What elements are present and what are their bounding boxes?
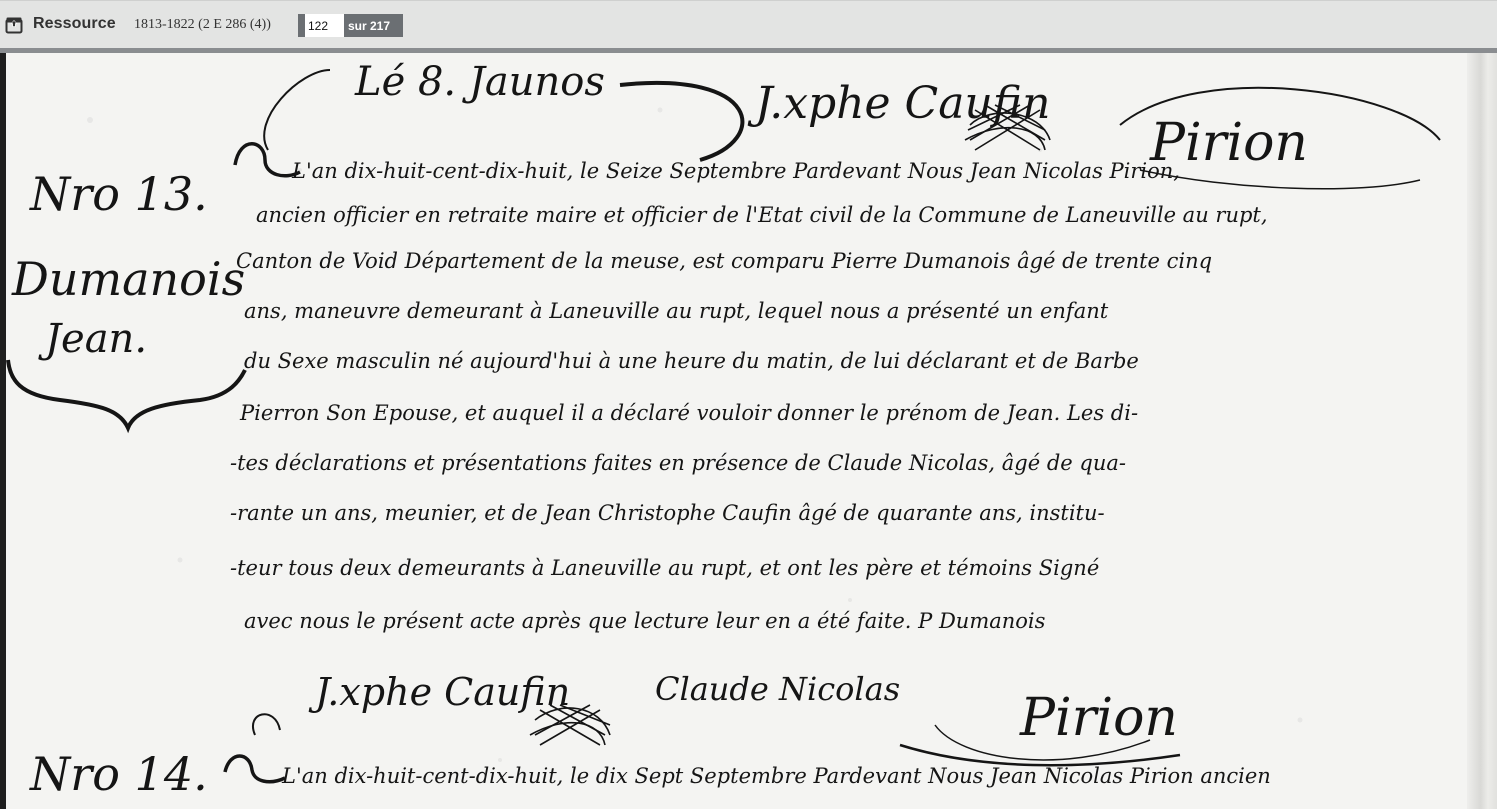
signature-witness-1: J.xphe Caufin <box>308 670 570 714</box>
page-number-input[interactable] <box>305 14 344 37</box>
record-line-2: ancien officier en retraite maire et off… <box>256 203 1268 227</box>
record-13-margin: Nro 13. Dumanois Jean. <box>8 167 245 428</box>
record-number-14: Nro 14. <box>29 747 208 801</box>
record-line-10: avec nous le présent acte après que lect… <box>244 609 1046 633</box>
record-line-7: -tes déclarations et présentations faite… <box>230 451 1126 475</box>
record-number-13: Nro 13. <box>29 167 208 221</box>
record-line-6: Pierron Son Epouse, et auquel il a décla… <box>239 401 1138 425</box>
record-13-body: L'an dix-huit-cent-dix-huit, le Seize Se… <box>230 144 1268 633</box>
record-line-9: -teur tous deux demeurants à Laneuville … <box>230 556 1099 580</box>
archive-reference: 1813-1822 (2 E 286 (4)) <box>134 17 271 33</box>
signature-witness-2: Claude Nicolas <box>655 670 900 708</box>
handwritten-register-page: Lé 8. Jaunos J.xphe Caufin Pirion Nro 13… <box>0 53 1497 809</box>
margin-bracket-flourish <box>8 360 245 428</box>
signature-mayor: Pirion <box>1019 688 1178 748</box>
document-scan-viewer[interactable]: Lé 8. Jaunos J.xphe Caufin Pirion Nro 13… <box>0 53 1497 809</box>
record-13-signatures: J.xphe Caufin Claude Nicolas Pirion <box>308 670 1180 765</box>
margin-firstname: Jean. <box>38 316 147 362</box>
record-line-1: L'an dix-huit-cent-dix-huit, le Seize Se… <box>291 159 1180 183</box>
box-icon <box>5 16 23 34</box>
signature-left: Lé 8. Jaunos <box>354 59 605 105</box>
resource-title: Ressource <box>33 15 116 33</box>
page-total-label: sur 217 <box>348 19 390 33</box>
margin-surname: Dumanois <box>11 252 245 306</box>
record-line-3: Canton de Void Département de la meuse, … <box>236 249 1212 273</box>
record-line-4: ans, maneuvre demeurant à Laneuville au … <box>244 299 1109 323</box>
signature-middle: J.xphe Caufin <box>747 78 1050 129</box>
record-line-5: du Sexe masculin né aujourd'hui à une he… <box>244 349 1139 373</box>
viewer-header: Ressource 1813-1822 (2 E 286 (4)) sur 21… <box>0 0 1497 48</box>
record-14-line-1: L'an dix-huit-cent-dix-huit, le dix Sept… <box>281 764 1271 788</box>
page-navigator: sur 217 <box>298 14 403 37</box>
record-line-8: -rante un ans, meunier, et de Jean Chris… <box>230 501 1105 525</box>
